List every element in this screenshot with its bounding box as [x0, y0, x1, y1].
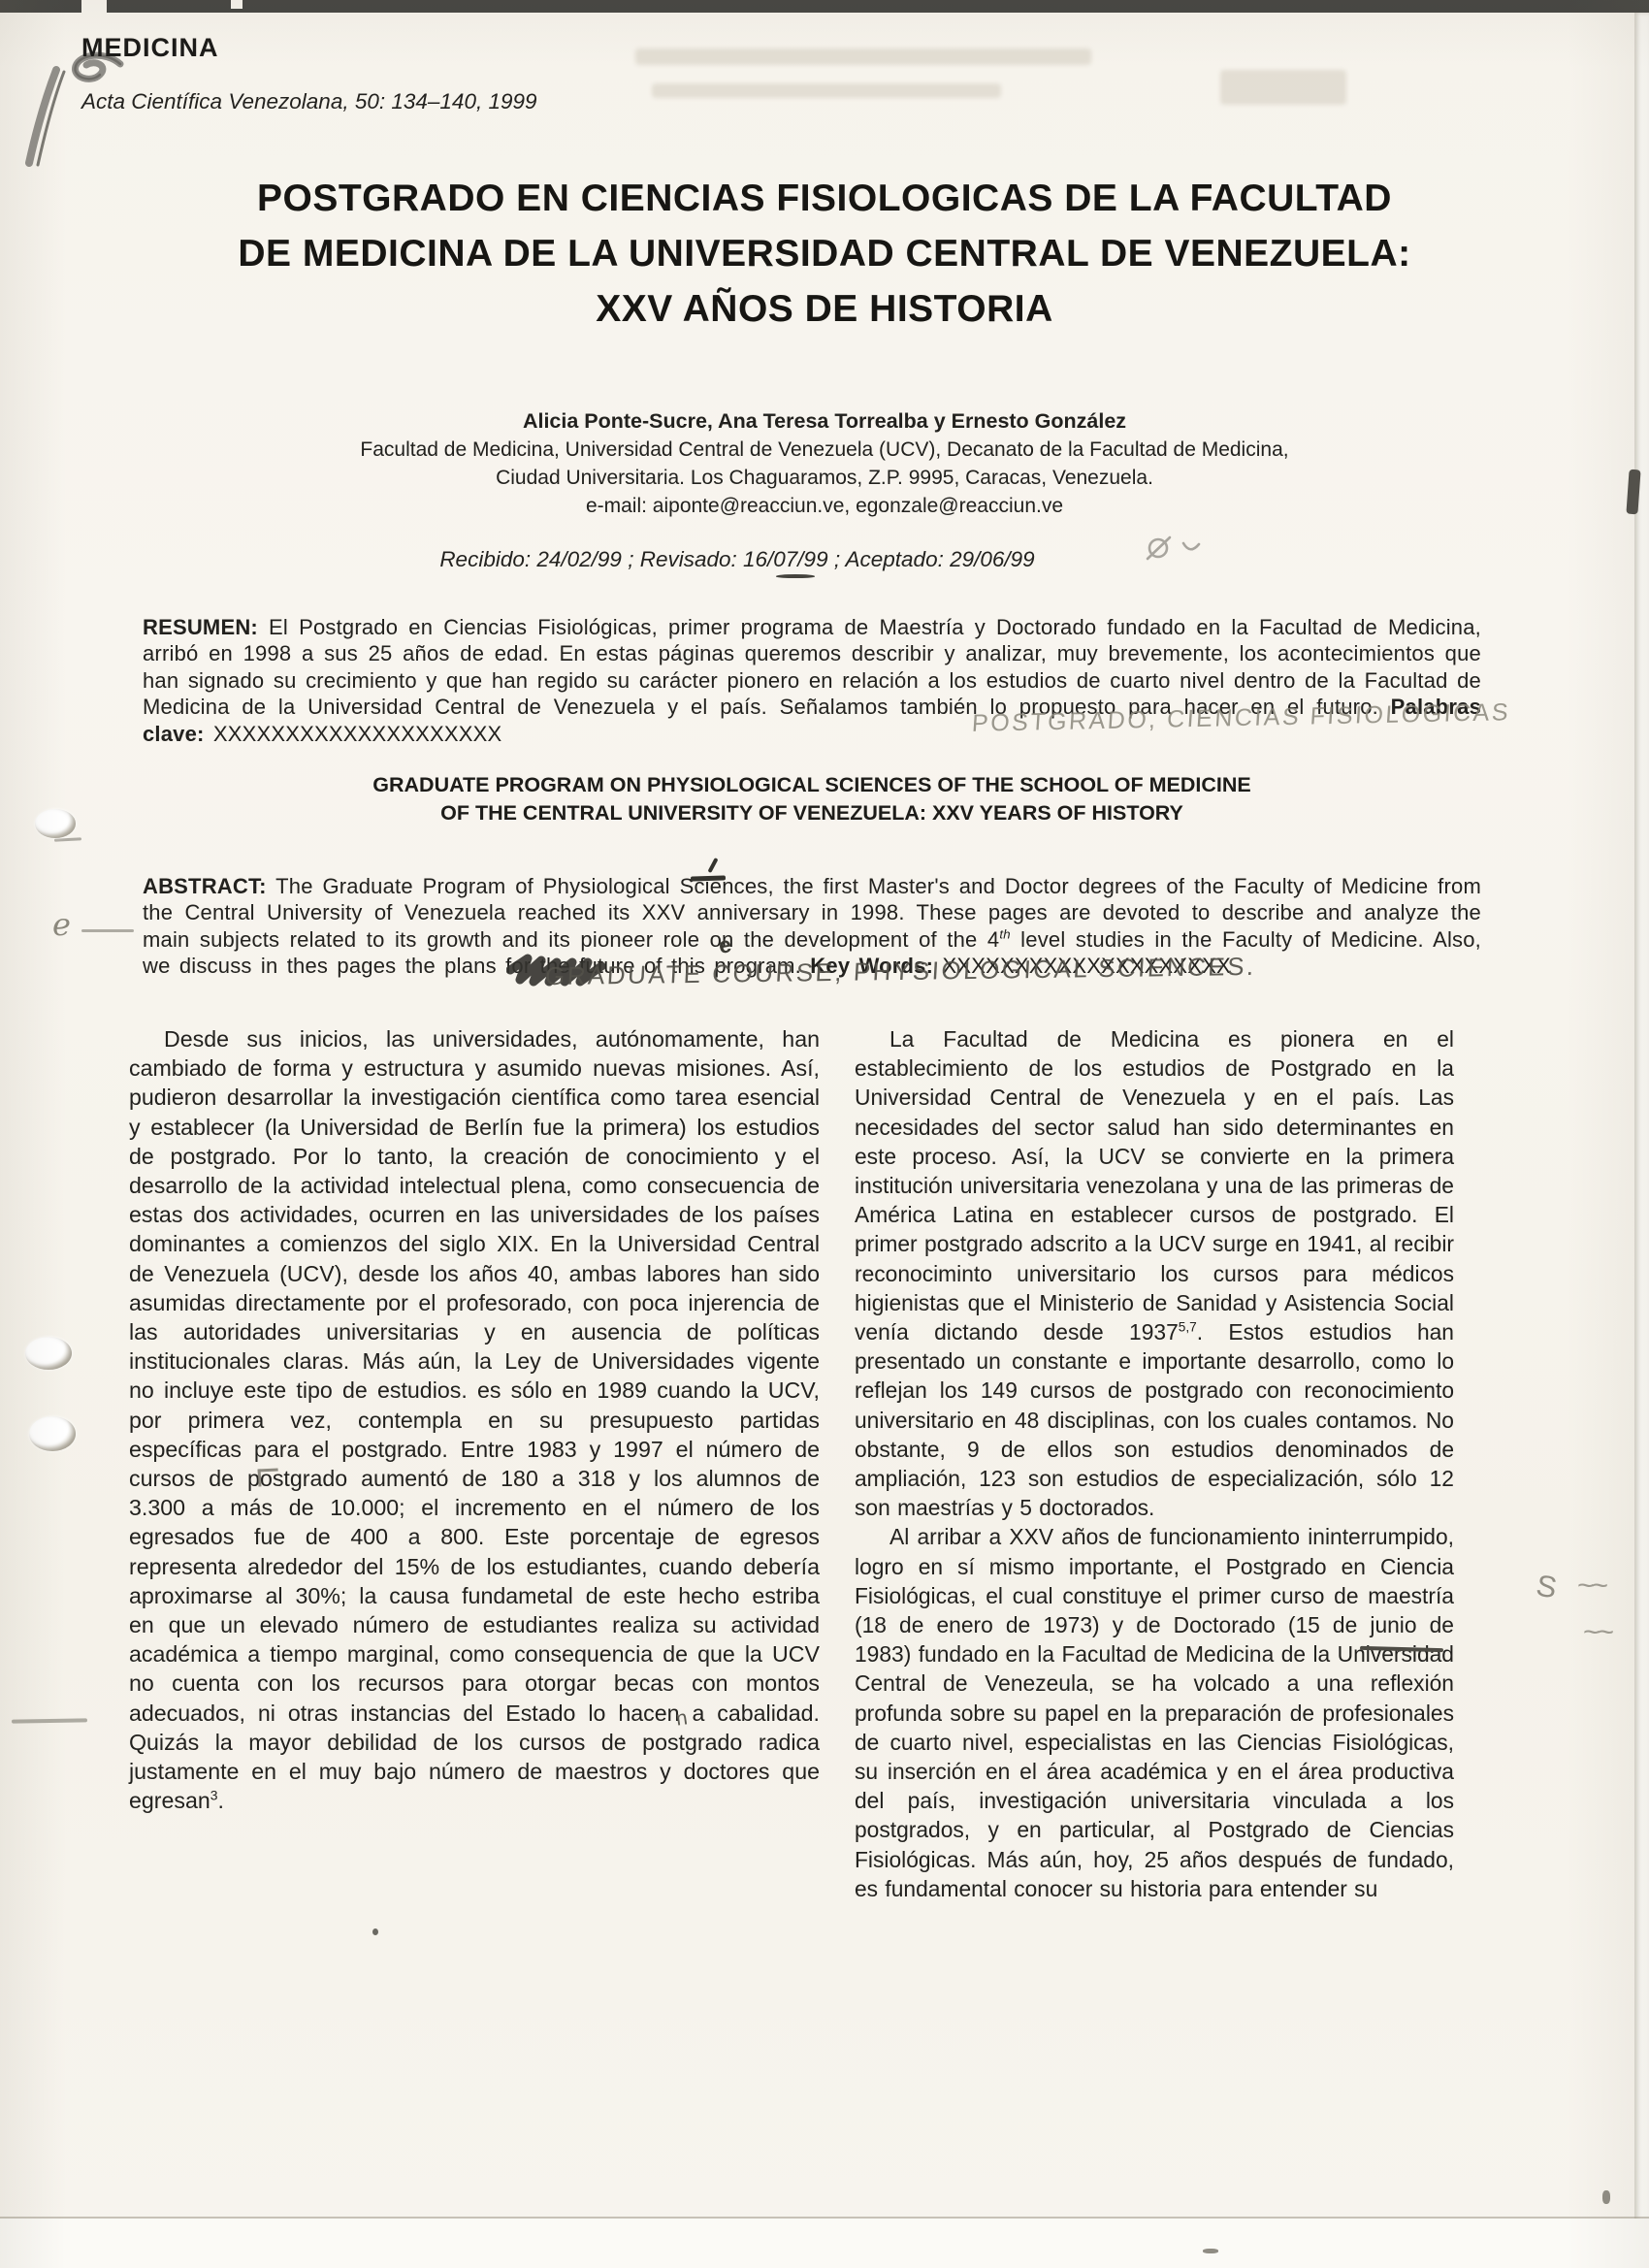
margin-pencil-dash-long — [81, 929, 134, 932]
affiliation-line2: Ciudad Universitaria. Los Chaguaramos, Z… — [155, 464, 1494, 492]
margin-squiggle-2: ~~ — [1583, 1616, 1611, 1649]
english-heading: GRADUATE PROGRAM ON PHYSIOLOGICAL SCIENC… — [143, 771, 1481, 827]
authors: Alicia Ponte-Sucre, Ana Teresa Torrealba… — [155, 407, 1494, 436]
scanner-edge-notch-small — [231, 0, 242, 9]
margin-handwritten-e: e — [52, 906, 71, 943]
journal-section-title: MEDICINA — [81, 33, 219, 63]
pencil-side-mark — [1145, 532, 1214, 568]
byline-block: Alicia Ponte-Sucre, Ana Teresa Torrealba… — [155, 407, 1494, 520]
pencil-underline-07 — [776, 574, 815, 578]
english-heading-line2: OF THE CENTRAL UNIVERSITY OF VENEZUELA: … — [143, 799, 1481, 827]
margin-pencil-dash-left — [12, 1718, 87, 1723]
scan-speck — [1203, 2249, 1218, 2253]
article-title: POSTGRADO EN CIENCIAS FISIOLOGICAS DE LA… — [87, 171, 1562, 337]
hole-punch — [35, 809, 76, 838]
scanner-edge-strip — [0, 0, 1649, 13]
affiliation-line1: Facultad de Medicina, Universidad Centra… — [155, 436, 1494, 464]
stray-ink-dot — [372, 1928, 378, 1935]
abstract-label: ABSTRACT: — [143, 874, 267, 898]
right-paragraph1-text-a: La Facultad de Medicina es pionera en el… — [855, 1026, 1454, 1345]
right-paragraph2-text: Al arribar a XXV años de funcionamiento … — [855, 1524, 1454, 1900]
resumen-label: RESUMEN: — [143, 615, 258, 639]
scanned-paper-page: MEDICINA Acta Científica Venezolana, 50:… — [0, 0, 1649, 2268]
margin-pencil-dash — [54, 837, 81, 841]
ink-correction-mark — [707, 858, 718, 873]
left-paragraph-text: Desde sus inicios, las universidades, au… — [129, 1026, 820, 1813]
abstract-superscript-th: th — [999, 926, 1010, 941]
palabras-clave-placeholder: XXXXXXXXXXXXXXXXXXXX — [213, 722, 501, 746]
bleed-through-smudge — [652, 83, 1001, 98]
body-column-left: Desde sus inicios, las universidades, au… — [129, 1024, 820, 1815]
reference-superscript-5-7: 5,7 — [1179, 1319, 1197, 1334]
article-title-line3: XXV AÑOS DE HISTORIA — [87, 281, 1562, 337]
bottom-scan-margin — [0, 2219, 1649, 2268]
journal-citation: Acta Científica Venezolana, 50: 134–140,… — [81, 89, 537, 114]
right-paragraph1-text-b: . Estos estudios han presentado un const… — [855, 1319, 1454, 1520]
article-title-line1: POSTGRADO EN CIENCIAS FISIOLOGICAS DE LA… — [87, 171, 1562, 226]
email-line: e-mail: aiponte@reacciun.ve, egonzale@re… — [155, 492, 1494, 520]
hole-punch — [29, 1416, 76, 1451]
scanner-edge-notch — [81, 0, 107, 13]
scan-speck — [1602, 2190, 1610, 2204]
left-column-paragraph: Desde sus inicios, las universidades, au… — [129, 1024, 820, 1815]
right-column-paragraph-1: La Facultad de Medicina es pionera en el… — [855, 1024, 1454, 1522]
hole-punch — [25, 1337, 72, 1370]
bleed-through-smudge — [635, 49, 1091, 65]
bleed-through-smudge — [1220, 70, 1346, 105]
margin-squiggle-1: ~~ — [1577, 1570, 1605, 1603]
article-title-line2: DE MEDICINA DE LA UNIVERSIDAD CENTRAL DE… — [87, 226, 1562, 281]
reference-superscript-3: 3 — [210, 1788, 218, 1803]
pencil-capital-E-correction — [258, 1468, 279, 1486]
body-column-right: La Facultad de Medicina es pionera en el… — [855, 1024, 1454, 1903]
left-paragraph-end: . — [218, 1788, 224, 1813]
english-heading-line1: GRADUATE PROGRAM ON PHYSIOLOGICAL SCIENC… — [143, 771, 1481, 799]
page-right-edge — [1634, 13, 1649, 2268]
margin-handwritten-s: S — [1534, 1568, 1560, 1605]
right-column-paragraph-2: Al arribar a XXV años de funcionamiento … — [855, 1522, 1454, 1903]
